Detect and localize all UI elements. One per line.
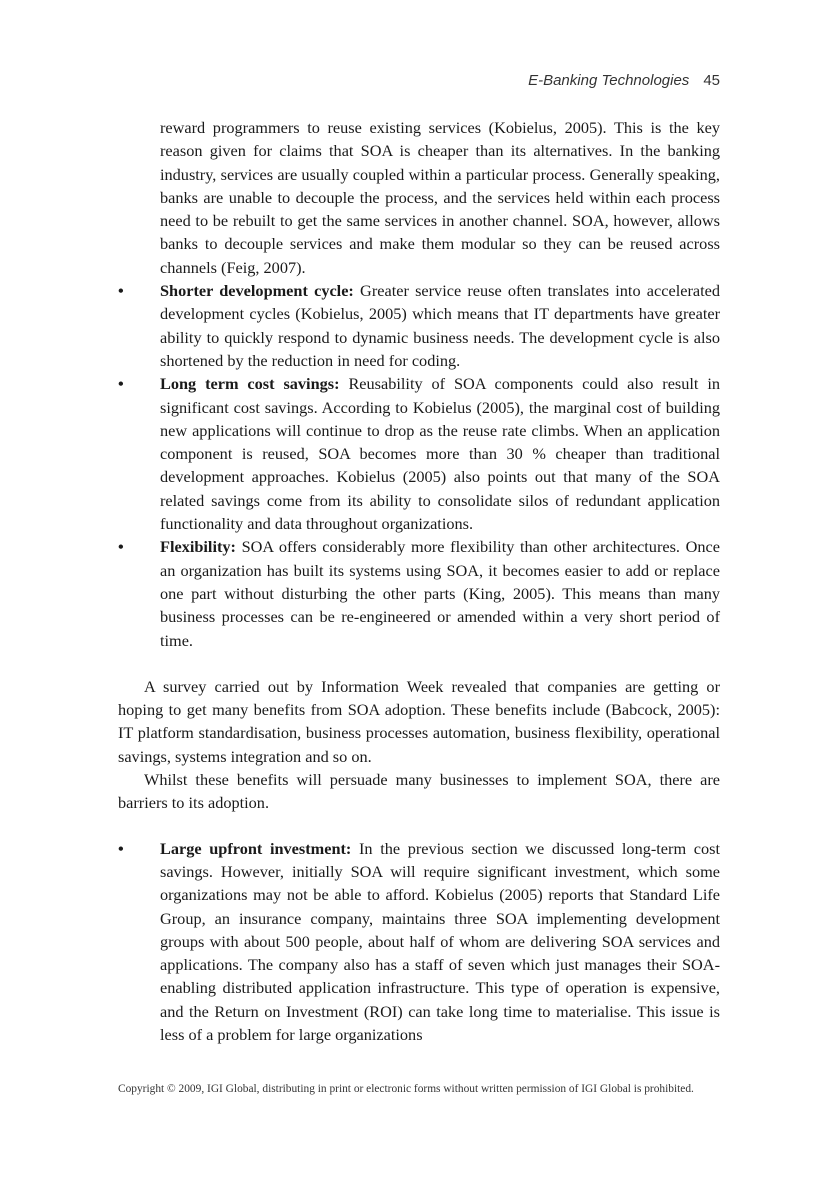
list-item-term: Flexibility:	[160, 537, 236, 556]
list-item-shorter-development-cycle: •Shorter development cycle: Greater serv…	[118, 279, 720, 372]
list-item-long-term-cost-savings: •Long term cost savings: Reusability of …	[118, 372, 720, 535]
running-header: E-Banking Technologies 45	[528, 72, 720, 89]
list-item-large-upfront-investment: •Large upfront investment: In the previo…	[118, 837, 720, 1047]
bullet-icon: •	[118, 372, 130, 395]
bullet-icon: •	[118, 535, 130, 558]
list-item-text: Reusability of SOA components could also…	[160, 374, 720, 533]
paragraph-barriers-intro: Whilst these benefits will persuade many…	[118, 768, 720, 815]
continued-paragraph: reward programmers to reuse existing ser…	[160, 116, 720, 279]
list-item-flexibility: •Flexibility: SOA offers considerably mo…	[118, 535, 720, 651]
bullet-icon: •	[118, 837, 130, 860]
spacer	[118, 652, 720, 675]
spacer	[118, 815, 720, 837]
list-item-term: Long term cost savings:	[160, 374, 340, 393]
bullet-icon: •	[118, 279, 130, 302]
copyright-footer: Copyright © 2009, IGI Global, distributi…	[118, 1082, 724, 1097]
list-item-term: Shorter development cycle:	[160, 281, 354, 300]
list-item-term: Large upfront investment:	[160, 839, 351, 858]
benefits-list: •Shorter development cycle: Greater serv…	[118, 279, 720, 652]
chapter-title: E-Banking Technologies	[528, 72, 689, 89]
paragraph-survey: A survey carried out by Information Week…	[118, 675, 720, 768]
list-item-text: In the previous section we discussed lon…	[160, 839, 720, 1044]
barriers-list: •Large upfront investment: In the previo…	[118, 837, 720, 1047]
body-text: reward programmers to reuse existing ser…	[118, 116, 720, 1046]
page-number: 45	[703, 72, 720, 89]
document-page: E-Banking Technologies 45 reward program…	[0, 0, 840, 1200]
list-item-text: SOA offers considerably more flexibility…	[160, 537, 720, 649]
